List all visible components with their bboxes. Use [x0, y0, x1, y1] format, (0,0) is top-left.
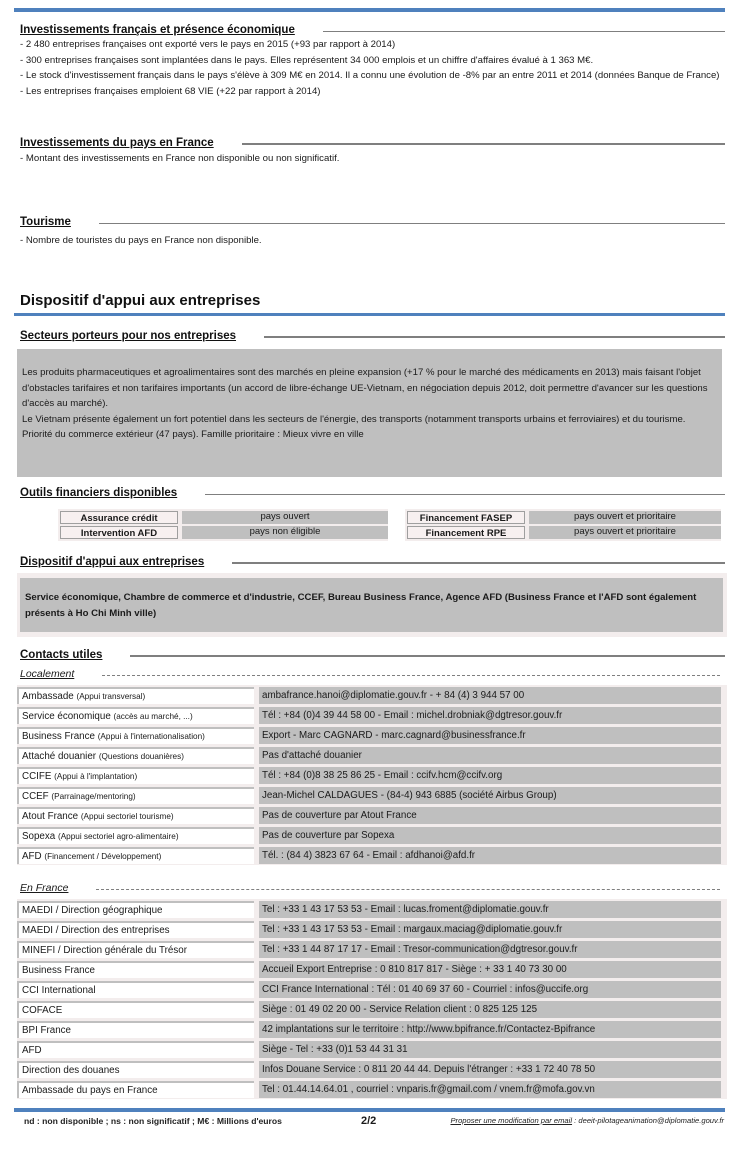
- divider: [264, 336, 725, 338]
- fin-label: Financement RPE: [407, 526, 525, 539]
- contact-row: CCIFE (Appui à l'implantation)Tél : +84 …: [17, 765, 727, 785]
- section-header-invest-pays: Investissements du pays en France: [20, 135, 725, 151]
- text-line: Le Vietnam présente également un fort po…: [22, 412, 717, 428]
- contact-row: Sopexa (Appui sectoriel agro-alimentaire…: [17, 825, 727, 845]
- contact-label: MAEDI / Direction géographique: [17, 901, 254, 918]
- financial-tools-right: Financement FASEP pays ouvert et priorit…: [405, 509, 721, 541]
- contact-value: Siège : 01 49 02 20 00 - Service Relatio…: [259, 1001, 721, 1018]
- contact-name: Ambassade: [22, 691, 74, 702]
- contact-row: Atout France (Appui sectoriel tourisme)P…: [17, 805, 727, 825]
- divider: [323, 31, 725, 32]
- divider: [96, 889, 720, 890]
- contact-name: CCI International: [22, 985, 96, 996]
- contact-label: Service économique (accès au marché, ...…: [17, 707, 254, 724]
- contact-label: BPI France: [17, 1021, 254, 1038]
- text-line: - Le stock d'investissement français dan…: [20, 68, 720, 84]
- contact-value: Infos Douane Service : 0 811 20 44 44. D…: [259, 1061, 721, 1078]
- contact-row: Service économique (accès au marché, ...…: [17, 705, 727, 725]
- contact-name: COFACE: [22, 1005, 62, 1016]
- fin-label: Intervention AFD: [60, 526, 178, 539]
- subheader-localement: Localement: [20, 667, 720, 681]
- contact-value: Export - Marc CAGNARD - marc.cagnard@bus…: [259, 727, 721, 744]
- contact-row: MAEDI / Direction géographiqueTel : +33 …: [17, 899, 727, 919]
- footer-legend: nd : non disponible ; ns : non significa…: [24, 1116, 282, 1126]
- contact-value: CCI France International : Tél : 01 40 6…: [259, 981, 721, 998]
- footer-contact: Proposer une modification par email : de…: [450, 1116, 724, 1125]
- contact-label: Atout France (Appui sectoriel tourisme): [17, 807, 254, 824]
- divider: [232, 562, 725, 564]
- section-header-contacts: Contacts utiles: [20, 647, 725, 663]
- section-header-secteurs: Secteurs porteurs pour nos entreprises: [20, 328, 725, 344]
- fin-value: pays ouvert et prioritaire: [529, 511, 721, 524]
- invest-fr-text: - 2 480 entreprises françaises ont expor…: [20, 37, 720, 99]
- contact-row: BPI France42 implantations sur le territ…: [17, 1019, 727, 1039]
- contact-note: (Appui sectoriel agro-alimentaire): [58, 832, 179, 841]
- contact-value: Tel : +33 1 43 17 53 53 - Email : margau…: [259, 921, 721, 938]
- contact-label: CCEF (Parrainage/mentoring): [17, 787, 254, 804]
- page-number: 2/2: [361, 1115, 376, 1127]
- contact-row: Attaché douanier (Questions douanières)P…: [17, 745, 727, 765]
- contact-name: CCIFE: [22, 771, 51, 782]
- divider: [242, 143, 725, 145]
- contact-note: (Appui transversal): [76, 692, 145, 701]
- fin-label: Assurance crédit: [60, 511, 178, 524]
- page: Investissements français et présence éco…: [0, 0, 743, 1150]
- contact-label: AFD: [17, 1041, 254, 1058]
- contact-value: Tél : +84 (0)4 39 44 58 00 - Email : mic…: [259, 707, 721, 724]
- contact-note: (Parrainage/mentoring): [51, 792, 135, 801]
- contact-note: (Appui à l'internationalisation): [98, 732, 205, 741]
- contact-value: Accueil Export Entreprise : 0 810 817 81…: [259, 961, 721, 978]
- contact-label: Business France: [17, 961, 254, 978]
- contact-name: Business France: [22, 731, 95, 742]
- fin-value: pays ouvert: [182, 511, 388, 524]
- contact-label: COFACE: [17, 1001, 254, 1018]
- section-title: Investissements du pays en France: [20, 137, 214, 149]
- contact-name: BPI France: [22, 1025, 71, 1036]
- divider: [205, 494, 725, 495]
- section-header-tourisme: Tourisme: [20, 214, 725, 230]
- contact-name: Business France: [22, 965, 95, 976]
- contact-label: Ambassade (Appui transversal): [17, 687, 254, 704]
- section-title: Dispositif d'appui aux entreprises: [20, 556, 204, 568]
- section-title: Tourisme: [20, 216, 71, 228]
- text-line: - Les entreprises françaises emploient 6…: [20, 84, 720, 100]
- contact-name: MAEDI / Direction géographique: [22, 905, 163, 916]
- contact-row: AFDSiège - Tel : +33 (0)1 53 44 31 31: [17, 1039, 727, 1059]
- contact-label: Attaché douanier (Questions douanières): [17, 747, 254, 764]
- section-header-invest-fr: Investissements français et présence éco…: [20, 22, 725, 38]
- contact-value: Pas de couverture par Atout France: [259, 807, 721, 824]
- contact-name: AFD: [22, 1045, 42, 1056]
- contact-row: Direction des douanesInfos Douane Servic…: [17, 1059, 727, 1079]
- contact-row: MINEFI / Direction générale du TrésorTel…: [17, 939, 727, 959]
- text-line: Priorité du commerce extérieur (47 pays)…: [22, 427, 717, 443]
- divider: [99, 223, 725, 224]
- contact-name: Direction des douanes: [22, 1065, 120, 1076]
- section-title: Investissements français et présence éco…: [20, 24, 295, 36]
- footer-accent-bar: [14, 1108, 725, 1112]
- contact-note: (Appui à l'implantation): [54, 772, 137, 781]
- divider: [102, 675, 720, 676]
- contact-value: Tel : +33 1 44 87 17 17 - Email : Tresor…: [259, 941, 721, 958]
- contact-value: Tel : 01.44.14.64.01 , courriel : vnpari…: [259, 1081, 721, 1098]
- secteurs-box: Les produits pharmaceutiques et agroalim…: [17, 349, 722, 477]
- contact-value: Jean-Michel CALDAGUES - (84-4) 943 6885 …: [259, 787, 721, 804]
- contact-name: MAEDI / Direction des entreprises: [22, 925, 170, 936]
- contact-name: CCEF: [22, 791, 49, 802]
- top-accent-bar: [14, 8, 725, 12]
- contact-name: Sopexa: [22, 831, 55, 842]
- contact-label: Ambassade du pays en France: [17, 1081, 254, 1098]
- contact-name: MINEFI / Direction générale du Trésor: [22, 945, 187, 956]
- fin-value: pays ouvert et prioritaire: [529, 526, 721, 539]
- contact-name: Attaché douanier: [22, 751, 96, 762]
- contact-value: 42 implantations sur le territoire : htt…: [259, 1021, 721, 1038]
- contact-row: Ambassade du pays en FranceTel : 01.44.1…: [17, 1079, 727, 1099]
- contact-note: (Financement / Développement): [44, 852, 161, 861]
- section-title: Outils financiers disponibles: [20, 487, 177, 499]
- text-line: - Nombre de touristes du pays en France …: [20, 233, 720, 249]
- contact-row: CCEF (Parrainage/mentoring)Jean-Michel C…: [17, 785, 727, 805]
- contact-row: Ambassade (Appui transversal)ambafrance.…: [17, 685, 727, 705]
- appui-text: Service économique, Chambre de commerce …: [25, 590, 718, 621]
- contact-row: Business FranceAccueil Export Entreprise…: [17, 959, 727, 979]
- fin-value: pays non éligible: [182, 526, 388, 539]
- contact-value: ambafrance.hanoi@diplomatie.gouv.fr - + …: [259, 687, 721, 704]
- contact-value: Tel : +33 1 43 17 53 53 - Email : lucas.…: [259, 901, 721, 918]
- contact-label: MINEFI / Direction générale du Trésor: [17, 941, 254, 958]
- contact-label: Business France (Appui à l'international…: [17, 727, 254, 744]
- contact-row: AFD (Financement / Développement)Tél. : …: [17, 845, 727, 865]
- contact-row: MAEDI / Direction des entreprisesTel : +…: [17, 919, 727, 939]
- contact-value: Tél. : (84 4) 3823 67 64 - Email : afdha…: [259, 847, 721, 864]
- contact-label: AFD (Financement / Développement): [17, 847, 254, 864]
- contact-value: Tél : +84 (0)8 38 25 86 25 - Email : cci…: [259, 767, 721, 784]
- contacts-france-table: MAEDI / Direction géographiqueTel : +33 …: [17, 899, 727, 1099]
- text-line: - Montant des investissements en France …: [20, 151, 720, 167]
- contact-value: Pas d'attaché douanier: [259, 747, 721, 764]
- tourisme-text: - Nombre de touristes du pays en France …: [20, 233, 720, 249]
- text-line: - 2 480 entreprises françaises ont expor…: [20, 37, 720, 53]
- title-accent-bar: [14, 313, 725, 316]
- contact-name: Atout France: [22, 811, 78, 822]
- subheader-en-france: En France: [20, 881, 720, 895]
- divider: [130, 655, 725, 657]
- contact-value: Pas de couverture par Sopexa: [259, 827, 721, 844]
- text-line: - 300 entreprises françaises sont implan…: [20, 53, 720, 69]
- contact-label: Sopexa (Appui sectoriel agro-alimentaire…: [17, 827, 254, 844]
- section-header-outils: Outils financiers disponibles: [20, 485, 725, 501]
- modification-link[interactable]: Proposer une modification par email: [450, 1116, 572, 1125]
- contact-label: Direction des douanes: [17, 1061, 254, 1078]
- fin-label: Financement FASEP: [407, 511, 525, 524]
- contacts-local-table: Ambassade (Appui transversal)ambafrance.…: [17, 685, 727, 865]
- section-title: Contacts utiles: [20, 649, 102, 661]
- contact-name: Service économique: [22, 711, 111, 722]
- text-line: Les produits pharmaceutiques et agroalim…: [22, 365, 717, 412]
- page-title: Dispositif d'appui aux entreprises: [20, 292, 260, 309]
- appui-box: Service économique, Chambre de commerce …: [20, 578, 723, 632]
- contact-row: Business France (Appui à l'international…: [17, 725, 727, 745]
- contact-row: CCI InternationalCCI France Internationa…: [17, 979, 727, 999]
- footer-email[interactable]: deeit-pilotageanimation@diplomatie.gouv.…: [578, 1116, 724, 1125]
- subsection-title: En France: [20, 882, 68, 894]
- contact-row: COFACESiège : 01 49 02 20 00 - Service R…: [17, 999, 727, 1019]
- contact-name: AFD: [22, 851, 42, 862]
- contact-label: MAEDI / Direction des entreprises: [17, 921, 254, 938]
- subsection-title: Localement: [20, 668, 74, 680]
- contact-note: (accès au marché, ...): [114, 712, 193, 721]
- contact-label: CCIFE (Appui à l'implantation): [17, 767, 254, 784]
- contact-note: (Questions douanières): [99, 752, 184, 761]
- contact-note: (Appui sectoriel tourisme): [81, 812, 174, 821]
- contact-name: Ambassade du pays en France: [22, 1085, 158, 1096]
- section-title: Secteurs porteurs pour nos entreprises: [20, 330, 236, 342]
- invest-pays-text: - Montant des investissements en France …: [20, 151, 720, 167]
- contact-value: Siège - Tel : +33 (0)1 53 44 31 31: [259, 1041, 721, 1058]
- financial-tools-left: Assurance crédit pays ouvert Interventio…: [58, 509, 388, 541]
- contact-label: CCI International: [17, 981, 254, 998]
- section-header-appui: Dispositif d'appui aux entreprises: [20, 554, 725, 570]
